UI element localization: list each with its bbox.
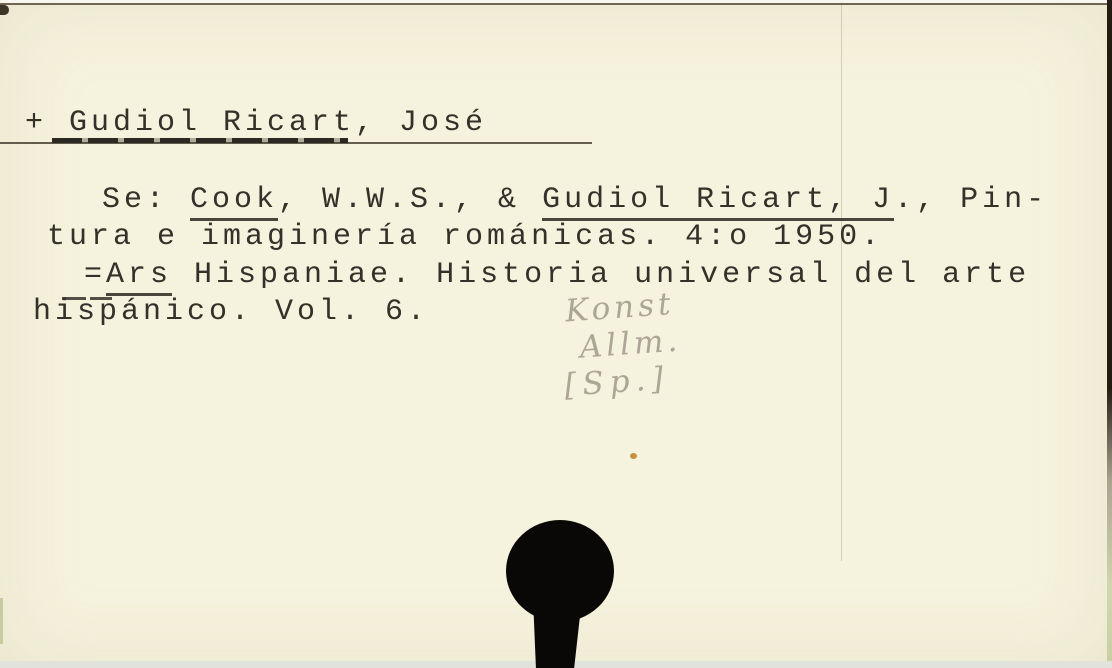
underlined-text: Gudiol Ricart, J (542, 183, 894, 221)
punch-hole-slot (533, 598, 582, 668)
typed-line-1: Se: Cook, W.W.S., & Gudiol Ricart, J., P… (102, 184, 1048, 217)
left-edge-mark (0, 598, 3, 644)
heading-underline-heavy (52, 138, 348, 143)
typed-overstrike-mark (90, 297, 112, 300)
handwritten-note-line-3: [Sp.] (563, 359, 685, 404)
heading-author: + Gudiol Ricart, José (25, 107, 487, 140)
underlined-text: Ars (106, 258, 172, 296)
top-left-edge-mark (0, 5, 9, 15)
typed-text: Se: (102, 183, 190, 217)
typed-overstrike-mark (62, 297, 86, 300)
card-top-edge-line (0, 3, 1112, 5)
handwritten-classification-note: KonstAllm.[Sp.] (558, 286, 685, 405)
typed-line-3: =Ars Hispaniae. Historia universal del a… (84, 259, 1030, 292)
typed-text: hispánico. Vol. 6. (33, 295, 429, 329)
card-right-edge (1107, 0, 1112, 668)
typed-line-2: tura e imaginería románicas. 4:o 1950. (47, 221, 883, 254)
catalog-card-scan: + Gudiol Ricart, José Se: Cook, W.W.S., … (0, 0, 1112, 668)
ink-dot (630, 453, 637, 459)
underlined-text: Cook (190, 183, 278, 221)
typed-text: ., Pin- (894, 183, 1048, 217)
typed-text: , W.W.S., & (278, 183, 542, 217)
typed-text: = (84, 258, 106, 292)
typed-line-4: hispánico. Vol. 6. (33, 296, 429, 329)
typed-text: Hispaniae. Historia universal del arte (172, 258, 1030, 292)
typed-text: tura e imaginería románicas. 4:o 1950. (47, 220, 883, 254)
